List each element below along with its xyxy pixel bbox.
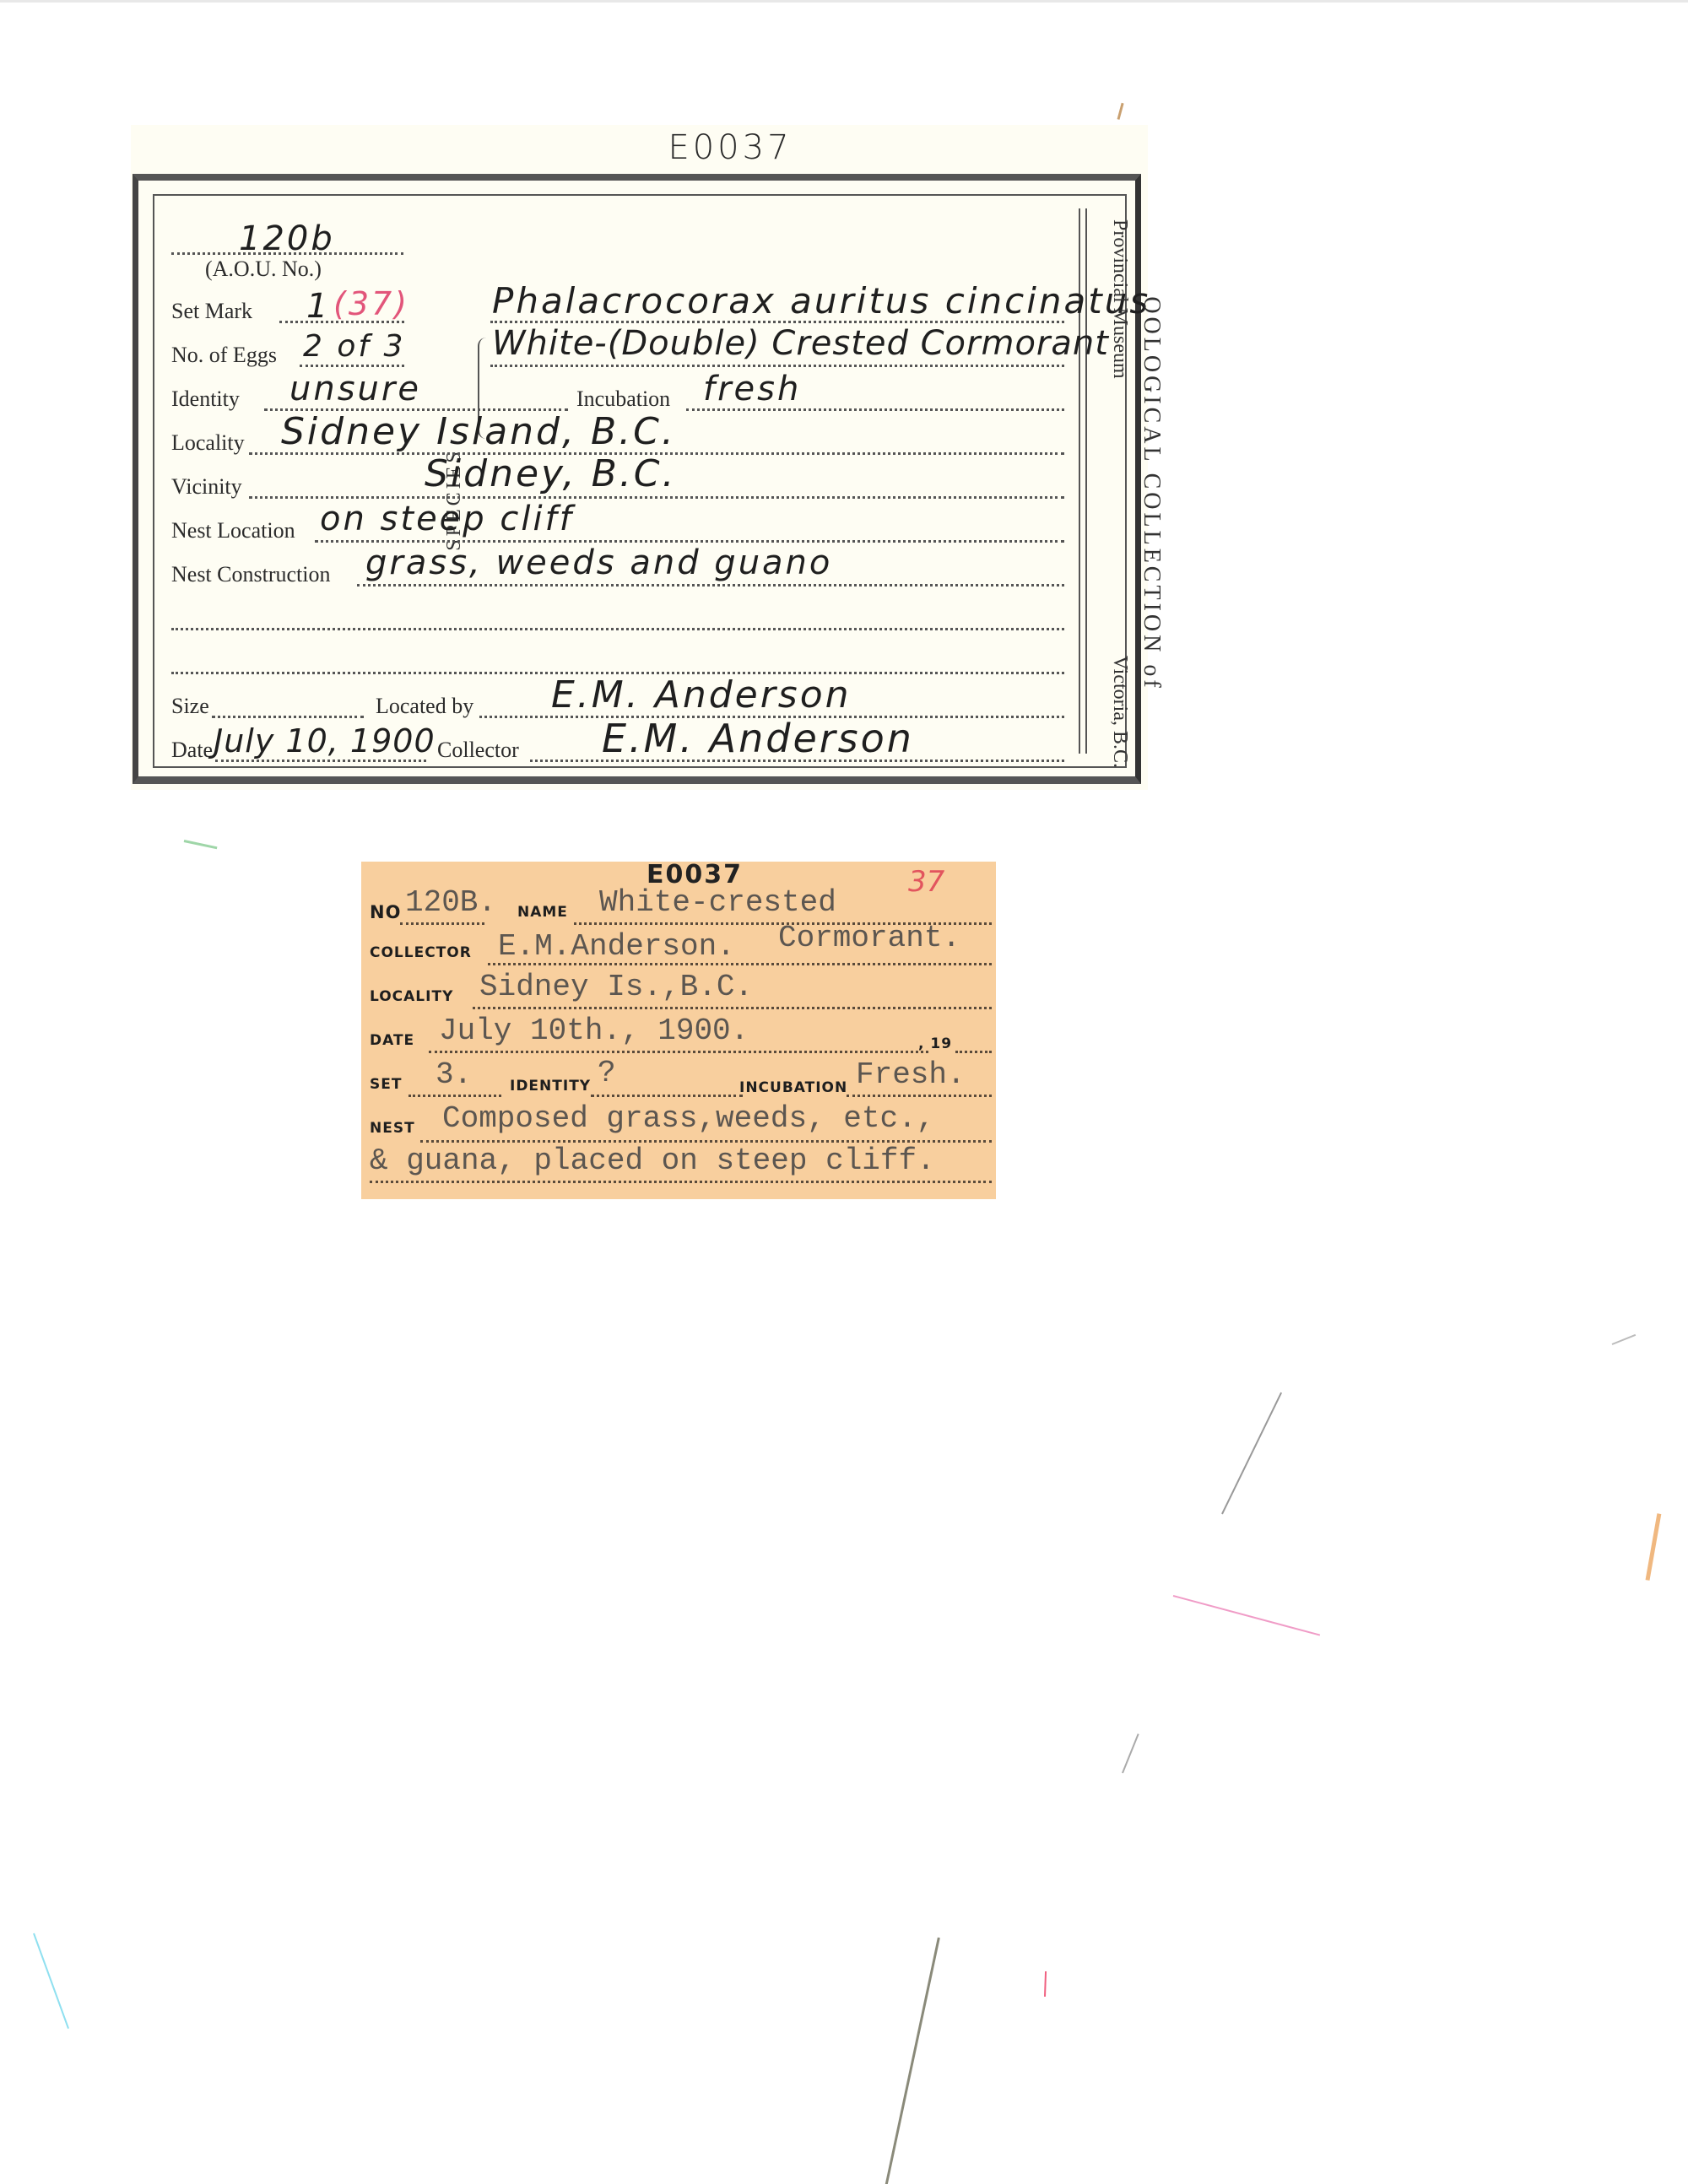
catalog-id: E0037 bbox=[603, 128, 857, 167]
dotted-line bbox=[212, 716, 364, 718]
dotted-line bbox=[249, 496, 1064, 499]
stray-mark bbox=[184, 840, 218, 849]
nest-construction-value: grass, weeds and guano bbox=[365, 543, 832, 582]
date-value: July 10, 1900 bbox=[214, 722, 436, 760]
date-label: DATE bbox=[370, 1032, 414, 1049]
located-by-value: E.M. Anderson bbox=[551, 673, 852, 716]
dotted-line bbox=[370, 1181, 992, 1183]
collector-value: E.M. Anderson bbox=[602, 716, 914, 761]
set-label: SET bbox=[370, 1076, 402, 1093]
dotted-line bbox=[955, 1051, 992, 1053]
locality-value: Sidney Island, B.C. bbox=[281, 410, 676, 453]
locality-value: Sidney Is.,B.C. bbox=[479, 970, 753, 1004]
nest-location-label: Nest Location bbox=[171, 518, 295, 543]
stray-mark bbox=[33, 1933, 69, 2029]
stray-mark bbox=[1221, 1392, 1282, 1515]
nest-label: NEST bbox=[370, 1120, 415, 1137]
incubation-label: INCUBATION bbox=[739, 1079, 847, 1096]
dotted-line bbox=[420, 1140, 992, 1143]
oological-record-card: E0037 120b (A.O.U. No.) Set Mark 1 (37) … bbox=[131, 125, 1148, 790]
vicinity-value: Sidney, B.C. bbox=[425, 452, 677, 495]
aou-no-label: (A.O.U. No.) bbox=[205, 257, 322, 282]
vicinity-label: Vicinity bbox=[171, 474, 242, 500]
name-value-line2: Cormorant. bbox=[778, 921, 960, 955]
identity-label: Identity bbox=[171, 387, 240, 412]
name-label: NAME bbox=[517, 904, 568, 921]
locality-label: LOCALITY bbox=[370, 988, 453, 1005]
located-by-label: Located by bbox=[376, 694, 473, 719]
identity-label: IDENTITY bbox=[510, 1078, 591, 1095]
incubation-value: Fresh. bbox=[856, 1057, 966, 1092]
nest-value-line2: & guana, placed on steep cliff. bbox=[370, 1143, 935, 1178]
dotted-line bbox=[408, 1095, 501, 1097]
species-latin-value: Phalacrocorax auritus cincinatus bbox=[492, 280, 1150, 322]
museum-subtitle: Provincial Museum Victoria, B.C. bbox=[1106, 203, 1131, 785]
set-mark-red-note: (37) bbox=[333, 285, 409, 322]
date-value: July 10th., 1900. bbox=[439, 1014, 749, 1048]
dotted-line bbox=[429, 1051, 928, 1053]
red-ink-note: 37 bbox=[908, 865, 944, 899]
stray-mark bbox=[1122, 1733, 1139, 1773]
blank-dotted-line bbox=[171, 628, 1064, 630]
no-value: 120B. bbox=[405, 885, 496, 920]
dotted-line bbox=[400, 922, 484, 925]
collection-title: OOLOGICAL COLLECTION of bbox=[1131, 203, 1165, 785]
set-value: 3. bbox=[436, 1057, 472, 1092]
stray-mark bbox=[885, 1938, 940, 2184]
incubation-label: Incubation bbox=[576, 387, 670, 412]
nest-value-line1: Composed grass,weeds, etc., bbox=[442, 1101, 934, 1136]
dotted-line bbox=[300, 365, 404, 367]
set-mark-label: Set Mark bbox=[171, 299, 252, 324]
dotted-line bbox=[315, 540, 1064, 543]
date-year-prefix: , 19 bbox=[918, 1035, 952, 1052]
aou-no-value: 120b bbox=[239, 219, 335, 258]
identity-value: unsure bbox=[289, 370, 421, 408]
locality-label: Locality bbox=[171, 430, 245, 456]
eggs-label: No. of Eggs bbox=[171, 343, 277, 368]
dotted-line bbox=[591, 1095, 743, 1097]
species-common-value: White-(Double) Crested Cormorant bbox=[492, 324, 1109, 363]
dotted-line bbox=[686, 408, 1064, 411]
date-label: Date bbox=[171, 738, 213, 763]
dotted-line bbox=[490, 365, 1064, 367]
dotted-line bbox=[847, 1095, 992, 1097]
typed-specimen-label: E0037 37 NO 120B. NAME White-crested Cor… bbox=[361, 862, 996, 1199]
dotted-line bbox=[215, 760, 426, 762]
collector-label: COLLECTOR bbox=[370, 944, 472, 961]
museum-location: Victoria, B.C. bbox=[1106, 656, 1131, 768]
nest-location-value: on steep cliff bbox=[320, 500, 574, 538]
collector-label: Collector bbox=[437, 738, 519, 763]
no-label: NO bbox=[370, 902, 401, 922]
stray-mark bbox=[1173, 1595, 1320, 1636]
collector-value: E.M.Anderson. bbox=[498, 929, 735, 964]
set-mark-value: 1 bbox=[306, 287, 330, 326]
card-inner-frame: 120b (A.O.U. No.) Set Mark 1 (37) No. of… bbox=[153, 194, 1127, 768]
scan-top-edge bbox=[0, 0, 1688, 3]
nest-construction-label: Nest Construction bbox=[171, 562, 331, 587]
name-value-line1: White-crested bbox=[599, 885, 836, 920]
card-outer-frame: 120b (A.O.U. No.) Set Mark 1 (37) No. of… bbox=[133, 174, 1141, 784]
size-label: Size bbox=[171, 694, 209, 719]
stray-mark bbox=[1117, 103, 1124, 120]
dotted-line bbox=[473, 1007, 992, 1009]
stray-mark bbox=[1646, 1513, 1662, 1581]
identity-value: ? bbox=[598, 1056, 616, 1090]
stray-mark bbox=[1612, 1334, 1637, 1345]
eggs-value: 2 of 3 bbox=[303, 329, 405, 364]
stray-mark bbox=[1044, 1971, 1047, 1997]
museum-name: Provincial Museum bbox=[1106, 219, 1131, 379]
incubation-value: fresh bbox=[703, 370, 801, 408]
dotted-line bbox=[357, 584, 1064, 587]
